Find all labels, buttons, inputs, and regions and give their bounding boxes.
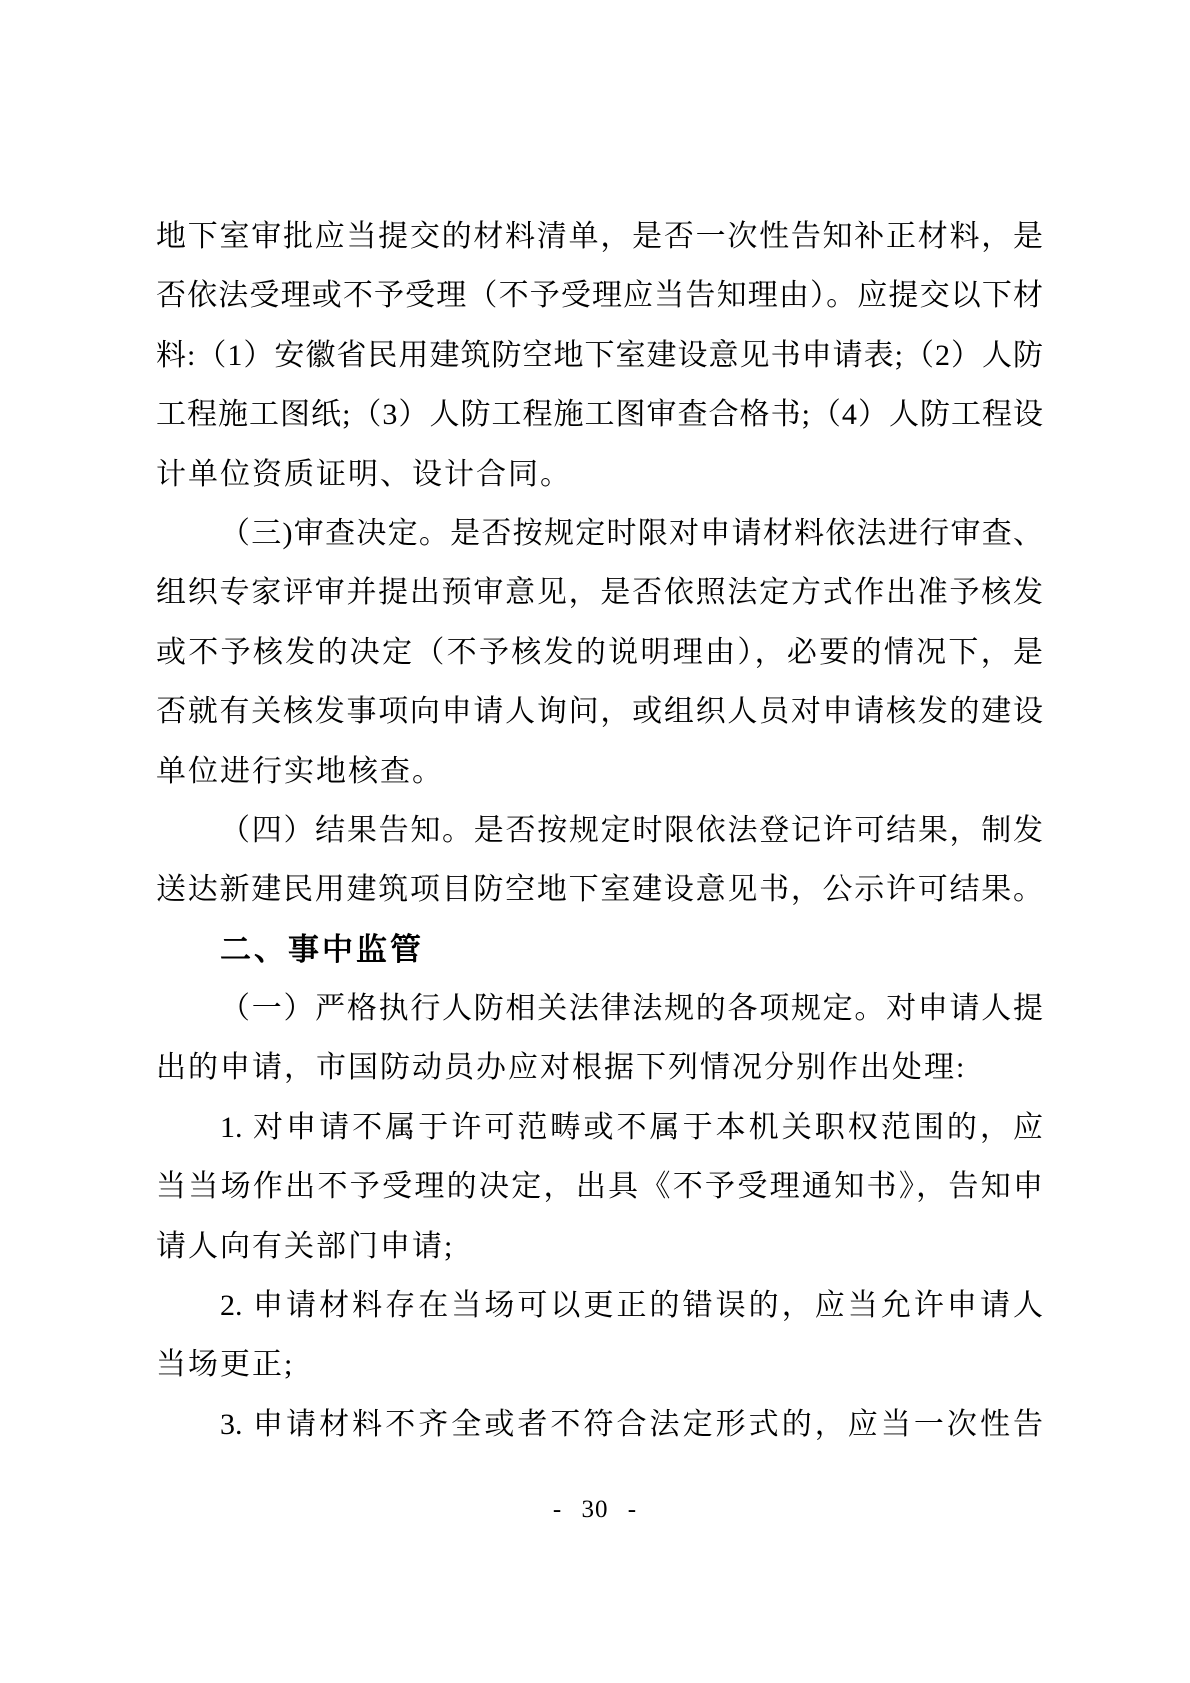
text-line: 3. 申请材料不齐全或者不符合法定形式的，应当一次性告	[156, 1395, 1043, 1454]
text-line: 出的申请，市国防动员办应对根据下列情况分别作出处理:	[156, 1038, 1043, 1097]
text-line: 否依法受理或不予受理（不予受理应当告知理由）。应提交以下材	[156, 266, 1043, 325]
text-line: 请人向有关部门申请;	[156, 1217, 1043, 1276]
text-line: 计单位资质证明、设计合同。	[156, 445, 1043, 504]
text-line: （三)审查决定。是否按规定时限对申请材料依法进行审查、	[156, 504, 1043, 563]
text-line: 1. 对申请不属于许可范畴或不属于本机关职权范围的，应	[156, 1098, 1043, 1157]
document-body: 地下室审批应当提交的材料清单，是否一次性告知补正材料，是 否依法受理或不予受理（…	[156, 207, 1043, 1454]
text-line: 地下室审批应当提交的材料清单，是否一次性告知补正材料，是	[156, 207, 1043, 266]
text-line: 组织专家评审并提出预审意见，是否依照法定方式作出准予核发	[156, 563, 1043, 622]
text-line: 2. 申请材料存在当场可以更正的错误的，应当允许申请人	[156, 1276, 1043, 1335]
text-line: （四）结果告知。是否按规定时限依法登记许可结果，制发	[156, 801, 1043, 860]
page-number: - 30 -	[0, 1496, 1190, 1524]
section-heading: 二、事中监管	[156, 920, 1043, 979]
text-line: 料:（1）安徽省民用建筑防空地下室建设意见书申请表;（2）人防	[156, 326, 1043, 385]
document-page: 地下室审批应当提交的材料清单，是否一次性告知补正材料，是 否依法受理或不予受理（…	[0, 0, 1190, 1683]
text-line: 单位进行实地核查。	[156, 742, 1043, 801]
text-line: （一）严格执行人防相关法律法规的各项规定。对申请人提	[156, 979, 1043, 1038]
text-line: 否就有关核发事项向申请人询问，或组织人员对申请核发的建设	[156, 682, 1043, 741]
text-line: 工程施工图纸;（3）人防工程施工图审查合格书;（4）人防工程设	[156, 385, 1043, 444]
text-line: 送达新建民用建筑项目防空地下室建设意见书，公示许可结果。	[156, 860, 1043, 919]
text-line: 当场更正;	[156, 1335, 1043, 1394]
text-line: 当当场作出不予受理的决定，出具《不予受理通知书》，告知申	[156, 1157, 1043, 1216]
text-line: 或不予核发的决定（不予核发的说明理由），必要的情况下，是	[156, 623, 1043, 682]
